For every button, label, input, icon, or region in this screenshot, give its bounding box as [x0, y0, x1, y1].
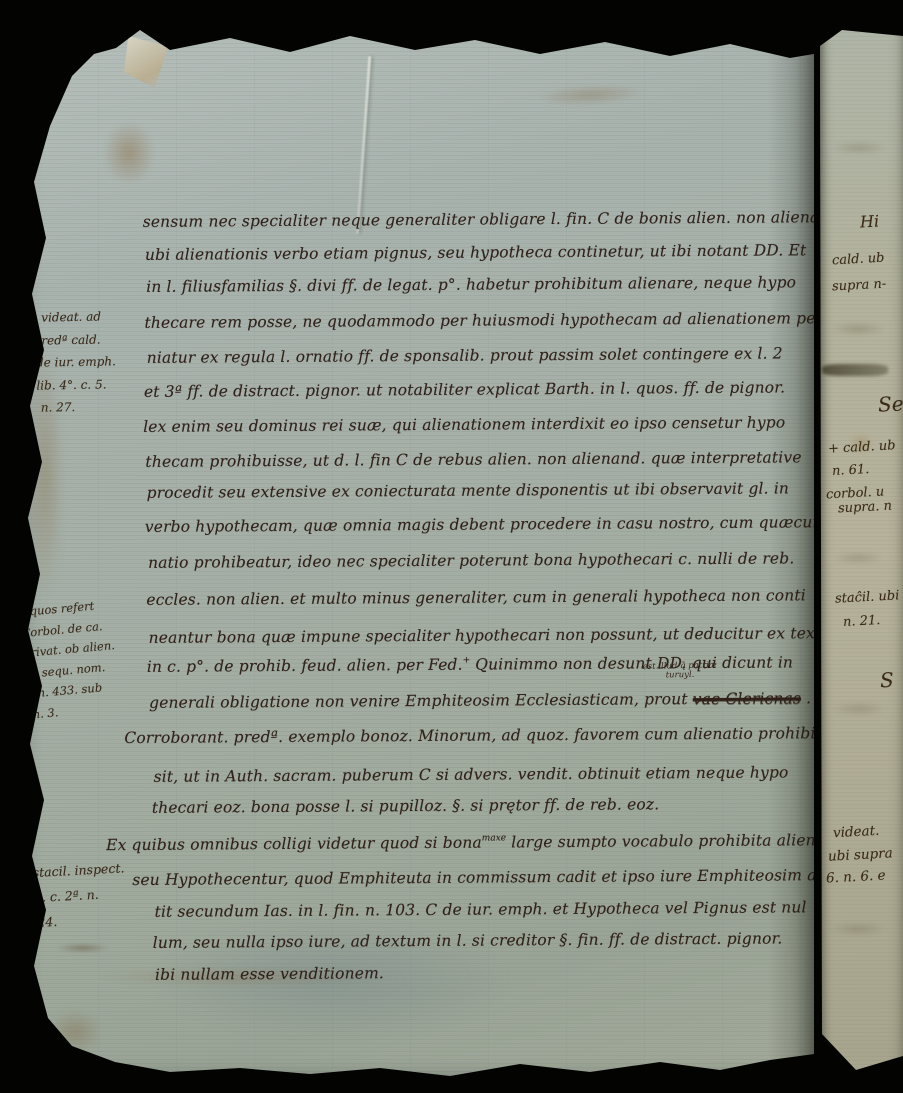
manuscript-line: Ex quibus omnibus colligi videtur quod s… [106, 831, 838, 854]
struck-through-text: vae Clericnas [693, 689, 801, 708]
manuscript-line: sensum nec specialiter neque generaliter… [143, 208, 840, 231]
manuscript-line: natio prohibeatur, ideo nec specialiter … [148, 549, 794, 572]
manuscript-line: tit secundum Ias. in l. fin. n. 103. C d… [154, 898, 806, 921]
page-fragment: n. 61. [832, 462, 870, 479]
margin-note-2: quos refert Corbol. de ca. privat. ob al… [19, 594, 121, 725]
margin-note-line: stacil. inspect. [32, 855, 125, 885]
margin-note-line: videat. ad [41, 305, 115, 329]
page-fragment: supra n- [832, 277, 887, 295]
manuscript-line: in l. filiusfamilias §. divi ff. de lega… [146, 273, 796, 296]
page-fragment: Hi [860, 212, 880, 232]
interlinear-line: turuyl. [643, 670, 717, 681]
margin-note-line: n. 27. [41, 395, 117, 419]
page-fragment: supra. n [838, 499, 893, 517]
main-text-block: sensum nec specialiter neque generaliter… [16, 11, 817, 1083]
manuscript-line: Corroborant. predª. exemplo bonoz. Minor… [124, 724, 831, 747]
bleedthrough-smudge [826, 550, 890, 566]
manuscript-line: neantur bona quæ impune specialiter hypo… [149, 624, 827, 647]
page-fragment: cald. ub [832, 251, 885, 269]
manuscript-line: ubi alienationis verbo etiam pignus, seu… [145, 241, 806, 264]
page-fragment: + cald. ub [828, 438, 896, 457]
page-fragment: n. 21. [843, 613, 881, 630]
manuscript-line: et 3ª ff. de distract. pignor. ut notabi… [144, 378, 785, 400]
manuscript-line: verbo hypothecam, quæ omnia magis debent… [145, 513, 886, 536]
page-fragment: S [879, 668, 894, 693]
page-fragment: 6. n. 6. e [826, 867, 886, 886]
interlinear-word-maxime: maxe [482, 833, 506, 843]
manuscript-line: niatur ex regula l. ornatio ff. de spons… [147, 344, 783, 366]
manuscript-line: thecari eoz. bona posse l. si pupilloz. … [152, 795, 660, 817]
ink-blot-band [822, 364, 888, 376]
manuscript-line: eccles. non alien. et multo minus genera… [146, 586, 806, 609]
page-fragment: ubi supra [828, 845, 893, 864]
page-fragment: staĉil. ubi [835, 588, 900, 606]
bleedthrough-smudge [822, 320, 894, 338]
page-fragment: videat. [833, 823, 880, 841]
margin-note-line: lib. 4°. c. 5. [36, 373, 116, 397]
margin-note-line: 24. [37, 905, 128, 935]
line-segment: large sumpto vocabulo prohibita alienari [506, 831, 838, 851]
page-fragment: Se [877, 391, 903, 416]
line-segment: in c. p°. de prohib. feud. alien. per Fe… [147, 656, 463, 676]
line-segment: . [801, 689, 811, 707]
manuscript-line: thecare rem posse, ne quodammodo per hui… [144, 309, 841, 332]
bleedthrough-smudge [822, 920, 894, 938]
margin-note-line: predª cald. [33, 328, 115, 352]
line-segment: Quinimmo non desunt DD. qui dicunt in [470, 653, 793, 673]
manuscript-line: lum, seu nulla ipso iure, ad textum in l… [153, 929, 783, 951]
manuscript-right-page-edge: Hi cald. ub supra n- Se + cald. ub n. 61… [816, 0, 903, 1093]
margin-note-3: stacil. inspect. 3ª. c. 2ª. n. 24. [20, 855, 127, 935]
line-segment: Ex quibus omnibus colligi videtur quod s… [106, 834, 482, 855]
manuscript-line: lex enim seu dominus rei suæ, qui aliena… [143, 413, 785, 435]
manuscript-photograph: { "colors": { "background": "#030302", "… [0, 0, 903, 1093]
line-segment: generali obligatione non venire Emphiteo… [149, 690, 693, 712]
manuscript-line: generali obligatione non venire Emphiteo… [149, 689, 811, 712]
manuscript-line: sit, ut in Auth. sacram. puberum C si ad… [154, 763, 789, 785]
interlinear-correction-note: est illud q̃ patriæ turuyl. [643, 661, 718, 681]
bleedthrough-smudge [824, 140, 894, 156]
manuscript-line: thecam prohibuisse, ut d. l. fin C de re… [145, 448, 801, 471]
manuscript-line: ibi nullam esse venditionem. [155, 964, 384, 984]
bleedthrough-smudge [824, 700, 894, 718]
margin-note-1: videat. ad predª cald. de iur. emph. lib… [33, 305, 117, 419]
manuscript-line: seu Hypothecentur, quod Emphiteuta in co… [132, 866, 843, 889]
manuscript-line: procedit seu extensive ex coniecturata m… [147, 479, 790, 501]
margin-note-line: de iur. emph. [36, 350, 116, 374]
manuscript-left-page: sensum nec specialiter neque generaliter… [20, 14, 814, 1080]
